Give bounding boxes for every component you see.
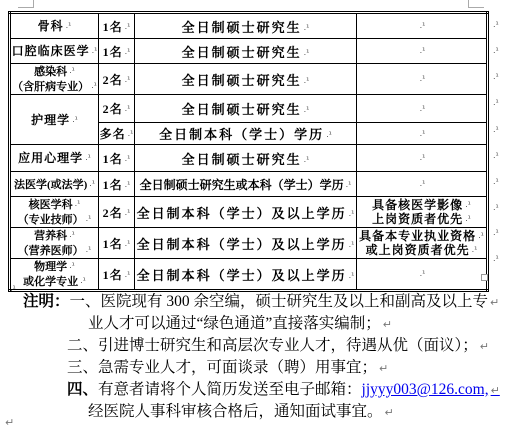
dept-cell: 营养科 （营养医师） <box>10 228 99 259</box>
note-cell <box>357 13 488 39</box>
note-cell <box>357 123 488 145</box>
note-item-label: 一、 <box>70 293 101 310</box>
requirement-cell: 全日制硕士研究生或本科（学士）学历 <box>135 172 357 197</box>
note-cell <box>357 39 488 64</box>
notes-heading: 注明： <box>23 293 70 310</box>
requirement-cell: 全日制硕士研究生 <box>135 39 357 64</box>
dept-cell: 核医学科 （专业技师） <box>10 197 99 228</box>
dept-cell: 法医学(或法学) <box>10 172 99 197</box>
quota-cell: 1名 <box>99 259 135 291</box>
requirement-cell: 全日制硕士研究生 <box>135 13 357 39</box>
note-text: 经医院人事科审核合格后，通知面试事宜。 <box>88 403 394 420</box>
note-line-4: 三、急需专业人才，可面谈录（聘）用事宜； <box>0 357 510 379</box>
table-row: 护理学 2名 全日制硕士研究生 <box>10 95 488 123</box>
dept-cell: 应用心理学 <box>10 145 99 172</box>
note-cell: 具备核医学影像 上岗资质者优先 <box>357 197 488 228</box>
quota-cell: 1名 <box>99 145 135 172</box>
requirement-cell: 全日制本科（学士）学历 <box>135 123 357 145</box>
note-cell <box>357 64 488 95</box>
dept-cell: 护理学 <box>10 95 99 145</box>
end-of-row-mark <box>491 94 501 104</box>
note-cell <box>357 145 488 172</box>
notes-section: 注明：一、医院现有 300 余空编，硕士研究生及以上和副高及以上专 业人才可以通… <box>0 291 510 423</box>
requirement-cell: 全日制本科（学士）及以上学历 <box>135 259 357 291</box>
quota-cell: 1名 <box>99 39 135 64</box>
note-text: 引进博士研究生和高层次专业人才，待遇从优（面议）； <box>98 337 489 354</box>
note-line-3: 二、引进博士研究生和高层次专业人才，待遇从优（面议）； <box>0 335 510 357</box>
end-of-row-mark <box>491 224 501 234</box>
note-item-label: 三、 <box>67 359 98 376</box>
table-row: 物理学 或化学专业 1名 全日制本科（学士）及以上学历 <box>10 259 488 291</box>
note-line-5: 四、有意者请将个人简历发送至电子邮箱：jjyyy003@126.com, <box>0 379 510 401</box>
requirement-cell: 全日制硕士研究生 <box>135 64 357 95</box>
dept-cell: 口腔临床医学 <box>10 39 99 64</box>
note-line-6: 经医院人事科审核合格后，通知面试事宜。 <box>0 401 510 423</box>
dept-cell: 感染科 （含肝病专业） <box>10 64 99 95</box>
table-row: 口腔临床医学 1名 全日制硕士研究生 <box>10 39 488 64</box>
margin-corner-mark-right <box>468 0 484 8</box>
note-cell <box>357 172 488 197</box>
end-of-row-mark <box>491 147 501 157</box>
quota-cell: 2名 <box>99 64 135 95</box>
end-of-row-mark <box>491 173 501 183</box>
dept-cell: 物理学 或化学专业 <box>10 259 99 291</box>
note-cell: 具备本专业执业资格 或上岗资质者优先 <box>357 228 488 259</box>
paragraph-mark <box>3 413 14 428</box>
table-row: 核医学科 （专业技师） 2名 全日制本科（学士）及以上学历 具备核医学影像 上岗… <box>10 197 488 228</box>
recruitment-table: 骨科 1名 全日制硕士研究生 口腔临床医学 1名 全日制硕士研究生 感染科 （含… <box>8 11 489 292</box>
requirement-cell: 全日制硕士研究生 <box>135 95 357 123</box>
quota-cell: 2名 <box>99 95 135 123</box>
table-resize-handle[interactable] <box>481 274 488 281</box>
end-of-row-mark <box>491 16 501 26</box>
table-row: 骨科 1名 全日制硕士研究生 <box>10 13 488 39</box>
table-row: 感染科 （含肝病专业） 2名 全日制硕士研究生 <box>10 64 488 95</box>
note-text: 业人才可以通过“绿色通道”直接落实编制； <box>88 315 392 332</box>
note-item-label: 二、 <box>67 337 98 354</box>
end-of-row-mark <box>491 42 501 52</box>
margin-corner-mark-left <box>18 0 34 8</box>
note-item-label: 四、 <box>67 381 98 398</box>
table-row: 营养科 （营养医师） 1名 全日制本科（学士）及以上学历 具备本专业执业资格 或… <box>10 228 488 259</box>
quota-cell: 1名 <box>99 13 135 39</box>
end-of-row-mark <box>491 68 501 78</box>
end-of-row-mark <box>491 250 501 260</box>
requirement-cell: 全日制本科（学士）及以上学历 <box>135 197 357 228</box>
table-row: 应用心理学 1名 全日制硕士研究生 <box>10 145 488 172</box>
end-of-row-mark <box>491 199 501 209</box>
note-cell <box>357 259 488 291</box>
table-row: 法医学(或法学) 1名 全日制硕士研究生或本科（学士）学历 <box>10 172 488 197</box>
quota-cell: 多名 <box>99 123 135 145</box>
requirement-cell: 全日制本科（学士）及以上学历 <box>135 228 357 259</box>
note-cell <box>357 95 488 123</box>
note-line-1: 注明：一、医院现有 300 余空编，硕士研究生及以上和副高及以上专 <box>0 291 510 313</box>
note-text: 急需专业人才，可面谈录（聘）用事宜； <box>98 359 388 376</box>
note-text: 有意者请将个人简历发送至电子邮箱： <box>98 381 362 398</box>
note-text: 医院现有 300 余空编，硕士研究生及以上和副高及以上专 <box>101 293 500 310</box>
email-link[interactable]: jjyyy003@126.com, <box>362 381 500 398</box>
requirement-cell: 全日制硕士研究生 <box>135 145 357 172</box>
dept-cell: 骨科 <box>10 13 99 39</box>
quota-cell: 1名 <box>99 228 135 259</box>
end-of-row-mark <box>491 121 501 131</box>
quota-cell: 2名 <box>99 197 135 228</box>
quota-cell: 1名 <box>99 172 135 197</box>
note-line-2: 业人才可以通过“绿色通道”直接落实编制； <box>0 313 510 335</box>
